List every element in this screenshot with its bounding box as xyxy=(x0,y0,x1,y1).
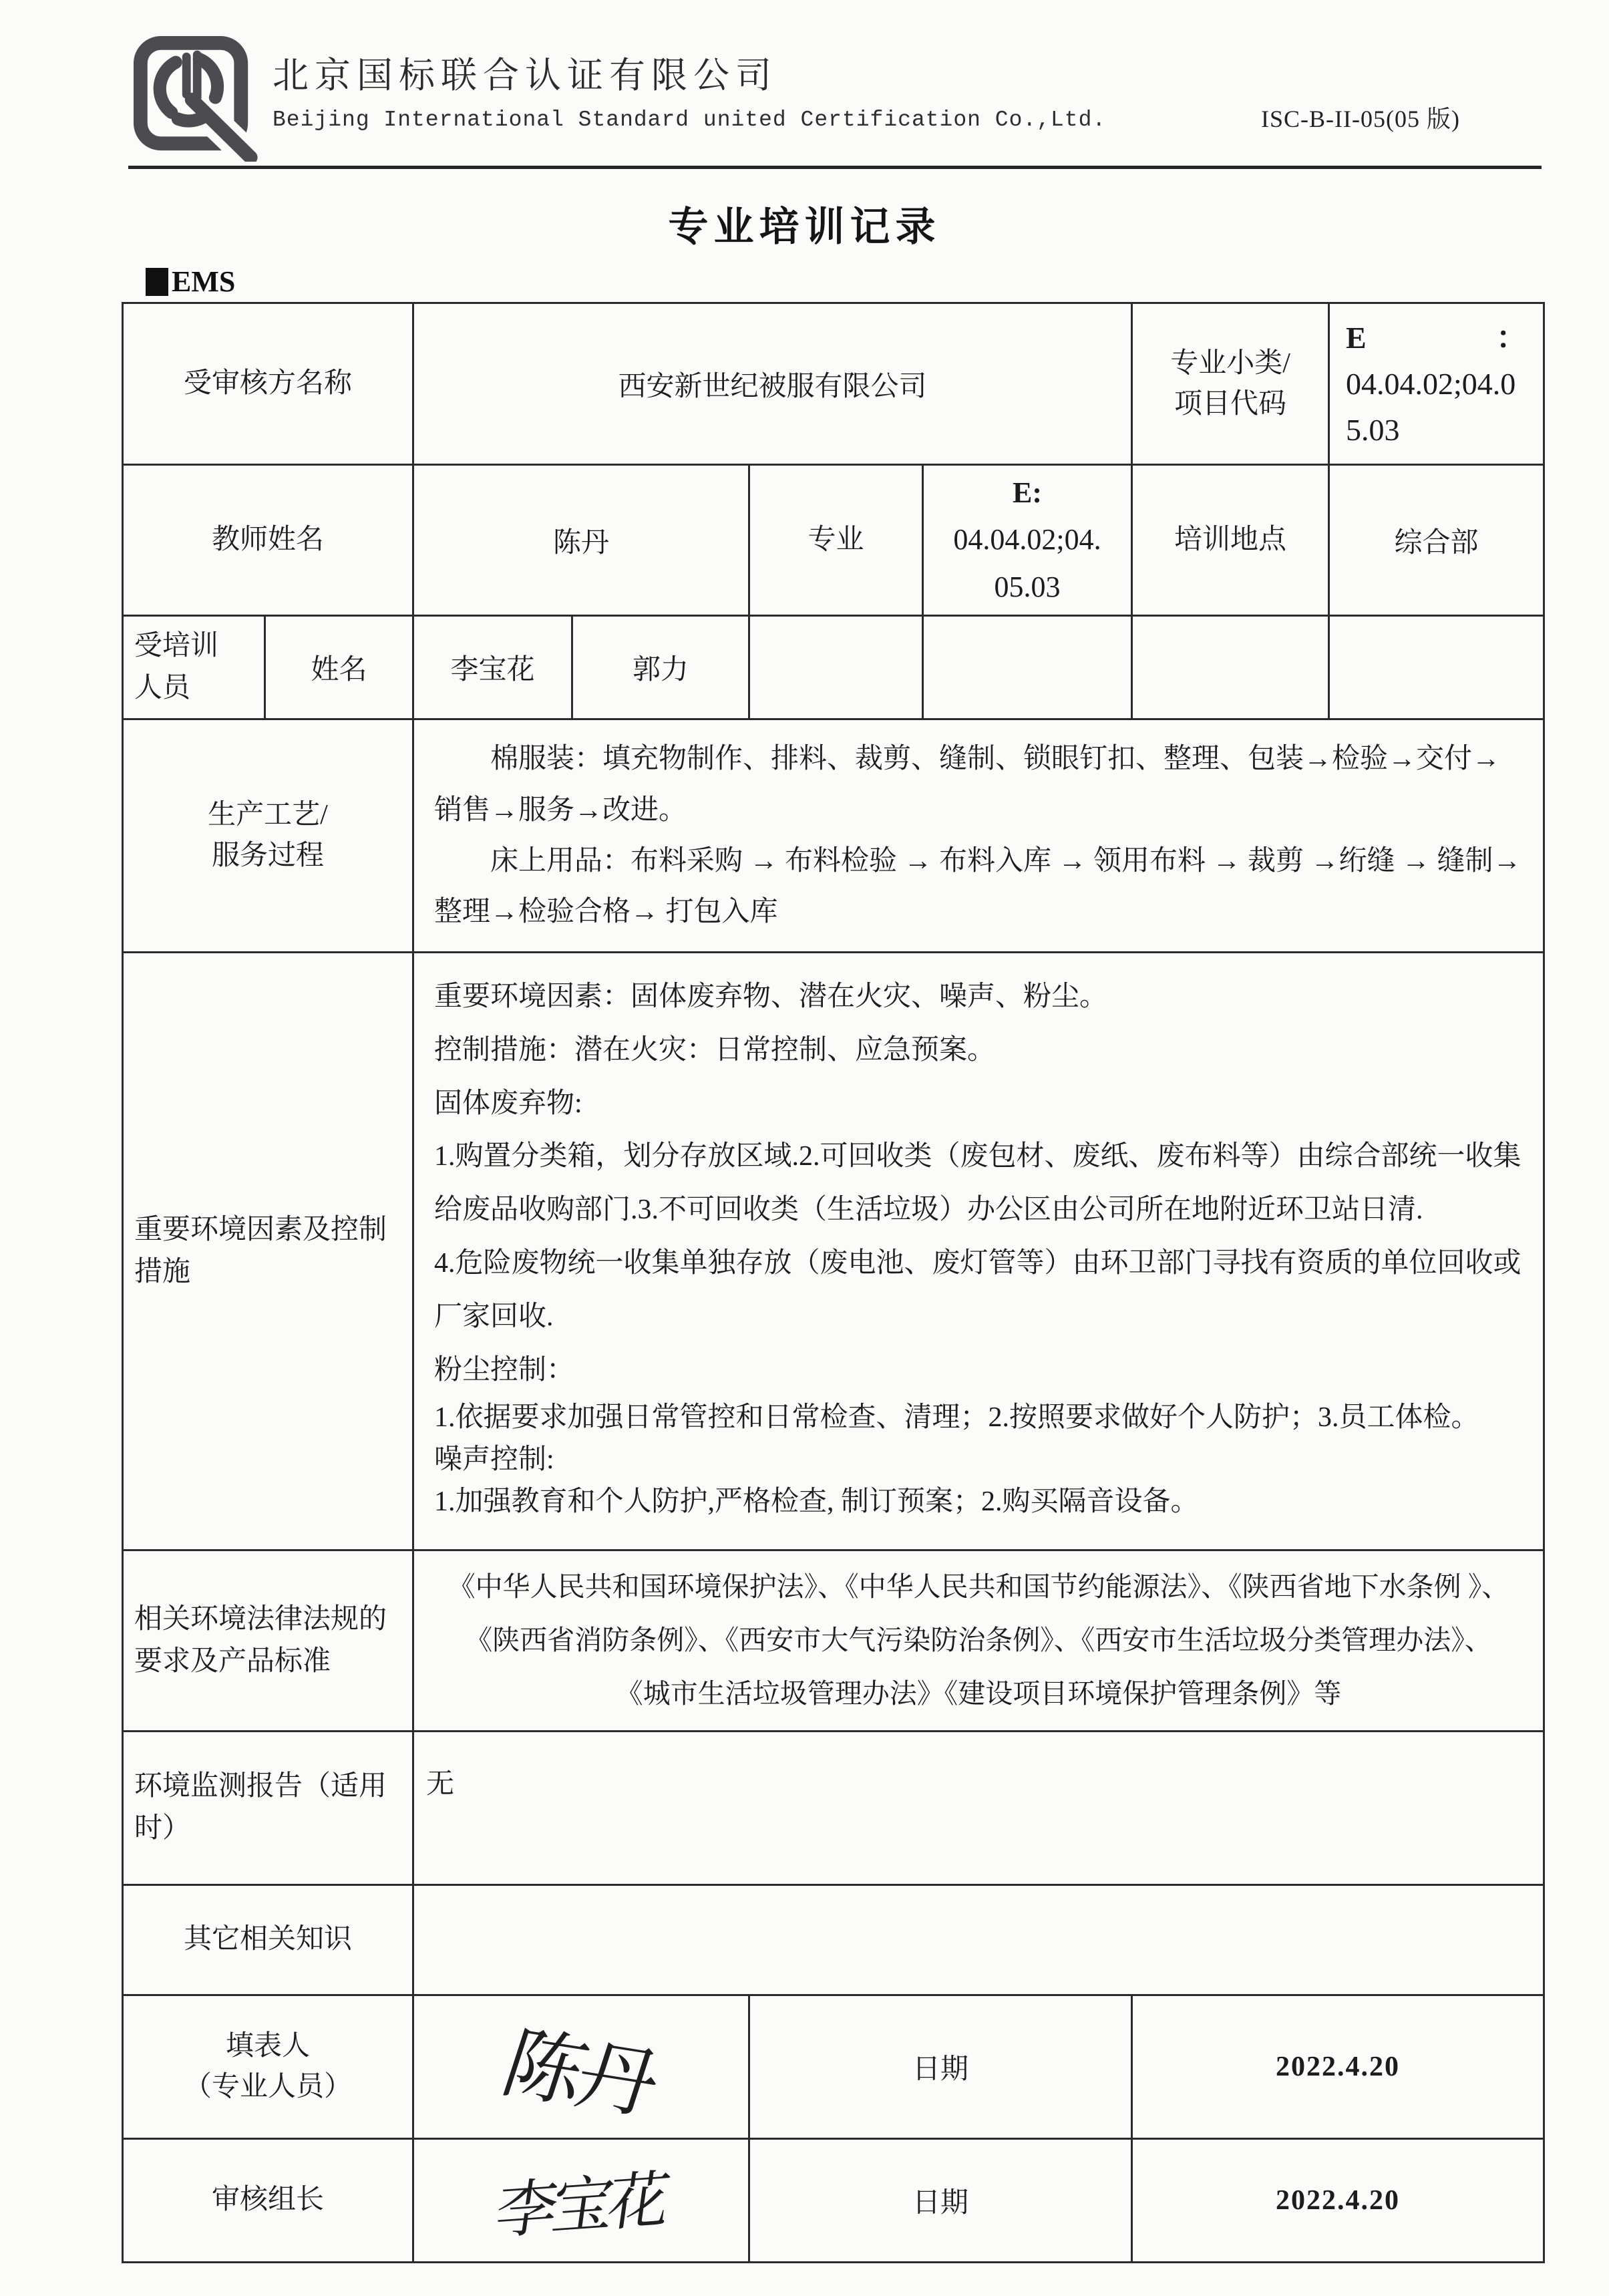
leader-date-label-cell: 日期 xyxy=(749,2138,1132,2262)
table-row: 受审核方名称 西安新世纪被服有限公司 专业小类/ 项目代码 E ： 04.04.… xyxy=(123,303,1544,465)
auditee-value: 西安新世纪被服有限公司 xyxy=(618,371,927,402)
table-row: 受培训 人员 姓名 李宝花 郭力 xyxy=(123,616,1544,719)
trainee-empty-cell xyxy=(749,616,923,719)
filler-date-label: 日期 xyxy=(912,2054,968,2085)
trainee-name-2: 郭力 xyxy=(633,655,689,685)
filler-date-label-cell: 日期 xyxy=(749,1995,1132,2138)
env-line-7: 1.依据要求加强日常管控和日常检查、清理；2.按照要求做好个人防护；3.员工体检… xyxy=(434,1397,1523,1439)
location-label: 培训地点 xyxy=(1174,524,1286,555)
location-value: 综合部 xyxy=(1395,528,1479,558)
process-content-cell: 棉服装：填充物制作、排料、裁剪、缝制、锁眼钉扣、整理、包装→检验→交付→销售→服… xyxy=(413,719,1544,953)
major-code-line3: 05.03 xyxy=(937,564,1117,611)
subcategory-code-cell: E ： 04.04.02;04.05.03 xyxy=(1329,303,1544,465)
filler-handwritten-signature: 陈丹 xyxy=(491,2001,671,2133)
env-line-9: 1.加强教育和个人防护,严格检查, 制订预案；2.购买隔音设备。 xyxy=(434,1481,1523,1523)
table-row: 教师姓名 陈丹 专业 E: 04.04.02;04. 05.03 培训地点 综合… xyxy=(123,465,1544,616)
subcategory-code-colon: ： xyxy=(1496,315,1527,361)
env-line-1: 重要环境因素：固体废弃物、潜在火灾、噪声、粉尘。 xyxy=(434,971,1523,1024)
major-label-cell: 专业 xyxy=(749,465,923,616)
env-label-cell: 重要环境因素及控制措施 xyxy=(123,952,413,1550)
filler-label-cell: 填表人 （专业人员） xyxy=(123,1995,413,2138)
teacher-label-cell: 教师姓名 xyxy=(123,465,413,616)
monitor-label: 环境监测报告（适用时） xyxy=(134,1771,387,1844)
subcategory-code-value: 04.04.02;04.05.03 xyxy=(1346,361,1527,453)
process-label-cell: 生产工艺/ 服务过程 xyxy=(123,719,413,953)
teacher-name: 陈丹 xyxy=(553,528,609,558)
other-content-cell xyxy=(413,1884,1544,1995)
trainee-name-label-cell: 姓名 xyxy=(265,616,413,719)
auditee-label-cell: 受审核方名称 xyxy=(123,303,413,465)
env-line-3: 固体废弃物: xyxy=(434,1078,1523,1131)
company-name-en: Beijing International Standard united Ce… xyxy=(273,108,1106,132)
env-line-6: 粉尘控制： xyxy=(434,1344,1523,1398)
major-label: 专业 xyxy=(808,524,864,555)
env-label: 重要环境因素及控制措施 xyxy=(134,1214,387,1287)
leader-label-cell: 审核组长 xyxy=(123,2138,413,2262)
table-row: 其它相关知识 xyxy=(123,1884,1544,1995)
header-divider xyxy=(128,166,1542,169)
table-row: 重要环境因素及控制措施 重要环境因素：固体废弃物、潜在火灾、噪声、粉尘。 控制措… xyxy=(123,952,1544,1550)
trainee-name-1: 李宝花 xyxy=(451,655,535,685)
filler-date-cell: 2022.4.20 xyxy=(1132,1995,1544,2138)
monitor-label-cell: 环境监测报告（适用时） xyxy=(123,1731,413,1884)
isc-company-logo-icon xyxy=(131,33,259,162)
env-content-cell: 重要环境因素：固体废弃物、潜在火灾、噪声、粉尘。 控制措施：潜在火灾：日常控制、… xyxy=(413,952,1544,1550)
trainee-name-cell: 李宝花 xyxy=(413,616,572,719)
table-row: 环境监测报告（适用时） 无 xyxy=(123,1731,1544,1884)
table-row: 相关环境法律法规的要求及产品标准 《中华人民共和国环境保护法》、《中华人民共和国… xyxy=(123,1550,1544,1731)
ems-label: EMS xyxy=(172,265,235,299)
trainee-name-label: 姓名 xyxy=(311,655,367,685)
trainee-empty-cell xyxy=(923,616,1132,719)
location-label-cell: 培训地点 xyxy=(1132,465,1329,616)
laws-line-1: 《中华人民共和国环境保护法》、《中华人民共和国节约能源法》、《陕西省地下水条例 … xyxy=(431,1561,1526,1614)
trainee-label-cell: 受培训 人员 xyxy=(123,616,265,719)
env-line-8: 噪声控制: xyxy=(434,1439,1523,1481)
filler-label-line1: 填表人 xyxy=(136,2026,400,2067)
laws-label: 相关环境法律法规的要求及产品标准 xyxy=(134,1604,387,1677)
major-code-cell: E: 04.04.02;04. 05.03 xyxy=(923,465,1132,616)
black-square-icon xyxy=(146,268,168,296)
location-value-cell: 综合部 xyxy=(1329,465,1544,616)
training-record-document: 北京国标联合认证有限公司 Beijing International Stand… xyxy=(0,0,1609,2296)
teacher-value-cell: 陈丹 xyxy=(413,465,749,616)
document-code: ISC-B-II-05(05 版) xyxy=(1261,100,1460,134)
training-record-table: 受审核方名称 西安新世纪被服有限公司 专业小类/ 项目代码 E ： 04.04.… xyxy=(122,302,1545,2263)
leader-date-label: 日期 xyxy=(912,2188,968,2219)
env-line-5: 4.危险废物统一收集单独存放（废电池、废灯管等）由环卫部门寻找有资质的单位回收或… xyxy=(434,1237,1523,1344)
major-code-line1: E: xyxy=(937,470,1117,516)
filler-date-value: 2022.4.20 xyxy=(1276,2052,1400,2082)
table-row: 填表人 （专业人员） 陈丹 日期 2022.4.20 xyxy=(123,1995,1544,2138)
major-code-line2: 04.04.02;04. xyxy=(937,516,1117,563)
ems-marker: EMS xyxy=(146,265,235,299)
filler-signature-cell: 陈丹 xyxy=(413,1995,749,2138)
company-name-cn: 北京国标联合认证有限公司 xyxy=(273,47,1106,98)
trainee-label-line1: 受培训 xyxy=(134,625,252,667)
auditee-label: 受审核方名称 xyxy=(184,368,352,399)
teacher-label: 教师姓名 xyxy=(212,524,324,555)
auditee-value-cell: 西安新世纪被服有限公司 xyxy=(413,303,1132,465)
filler-label-line2: （专业人员） xyxy=(136,2067,400,2108)
laws-label-cell: 相关环境法律法规的要求及产品标准 xyxy=(123,1550,413,1731)
process-paragraph-1: 棉服装：填充物制作、排料、裁剪、缝制、锁眼钉扣、整理、包装→检验→交付→销售→服… xyxy=(434,733,1523,836)
table-row: 生产工艺/ 服务过程 棉服装：填充物制作、排料、裁剪、缝制、锁眼钉扣、整理、包装… xyxy=(123,719,1544,953)
env-line-4: 1.购置分类箱，划分存放区域.2.可回收类（废包材、废纸、废布料等）由综合部统一… xyxy=(434,1130,1523,1237)
process-label-line2: 服务过程 xyxy=(136,836,400,876)
subcategory-code-letter: E xyxy=(1346,315,1367,361)
trainee-name-cell: 郭力 xyxy=(572,616,749,719)
leader-date-cell: 2022.4.20 xyxy=(1132,2138,1544,2262)
leader-handwritten-signature: 李宝花 xyxy=(491,2150,671,2251)
monitor-content-cell: 无 xyxy=(413,1731,1544,1884)
leader-label: 审核组长 xyxy=(212,2184,324,2215)
process-label-line1: 生产工艺/ xyxy=(136,795,400,836)
trainee-label-line2: 人员 xyxy=(134,667,252,709)
other-knowledge-label: 其它相关知识 xyxy=(184,1924,352,1955)
trainee-empty-cell xyxy=(1329,616,1544,719)
subcategory-label-line2: 项目代码 xyxy=(1145,384,1316,425)
process-paragraph-2: 床上用品：布料采购 → 布料检验 → 布料入库 → 领用布料 → 裁剪 →绗缝 … xyxy=(434,836,1523,938)
subcategory-label-line1: 专业小类/ xyxy=(1145,343,1316,384)
laws-line-2: 《陕西省消防条例》、《西安市大气污染防治条例》、《西安市生活垃圾分类管理办法》、 xyxy=(431,1614,1526,1667)
laws-content-cell: 《中华人民共和国环境保护法》、《中华人民共和国节约能源法》、《陕西省地下水条例 … xyxy=(413,1550,1544,1731)
leader-signature-cell: 李宝花 xyxy=(413,2138,749,2262)
laws-line-3: 《城市生活垃圾管理办法》《建设项目环境保护管理条例》等 xyxy=(431,1667,1526,1721)
monitor-value: 无 xyxy=(426,1769,454,1800)
page-title: 专业培训记录 xyxy=(0,195,1609,253)
leader-date-value: 2022.4.20 xyxy=(1276,2185,1400,2216)
other-label-cell: 其它相关知识 xyxy=(123,1884,413,1995)
subcategory-label-cell: 专业小类/ 项目代码 xyxy=(1132,303,1329,465)
env-line-2: 控制措施：潜在火灾：日常控制、应急预案。 xyxy=(434,1024,1523,1078)
table-row: 审核组长 李宝花 日期 2022.4.20 xyxy=(123,2138,1544,2262)
trainee-empty-cell xyxy=(1132,616,1329,719)
company-identity: 北京国标联合认证有限公司 Beijing International Stand… xyxy=(273,47,1106,132)
